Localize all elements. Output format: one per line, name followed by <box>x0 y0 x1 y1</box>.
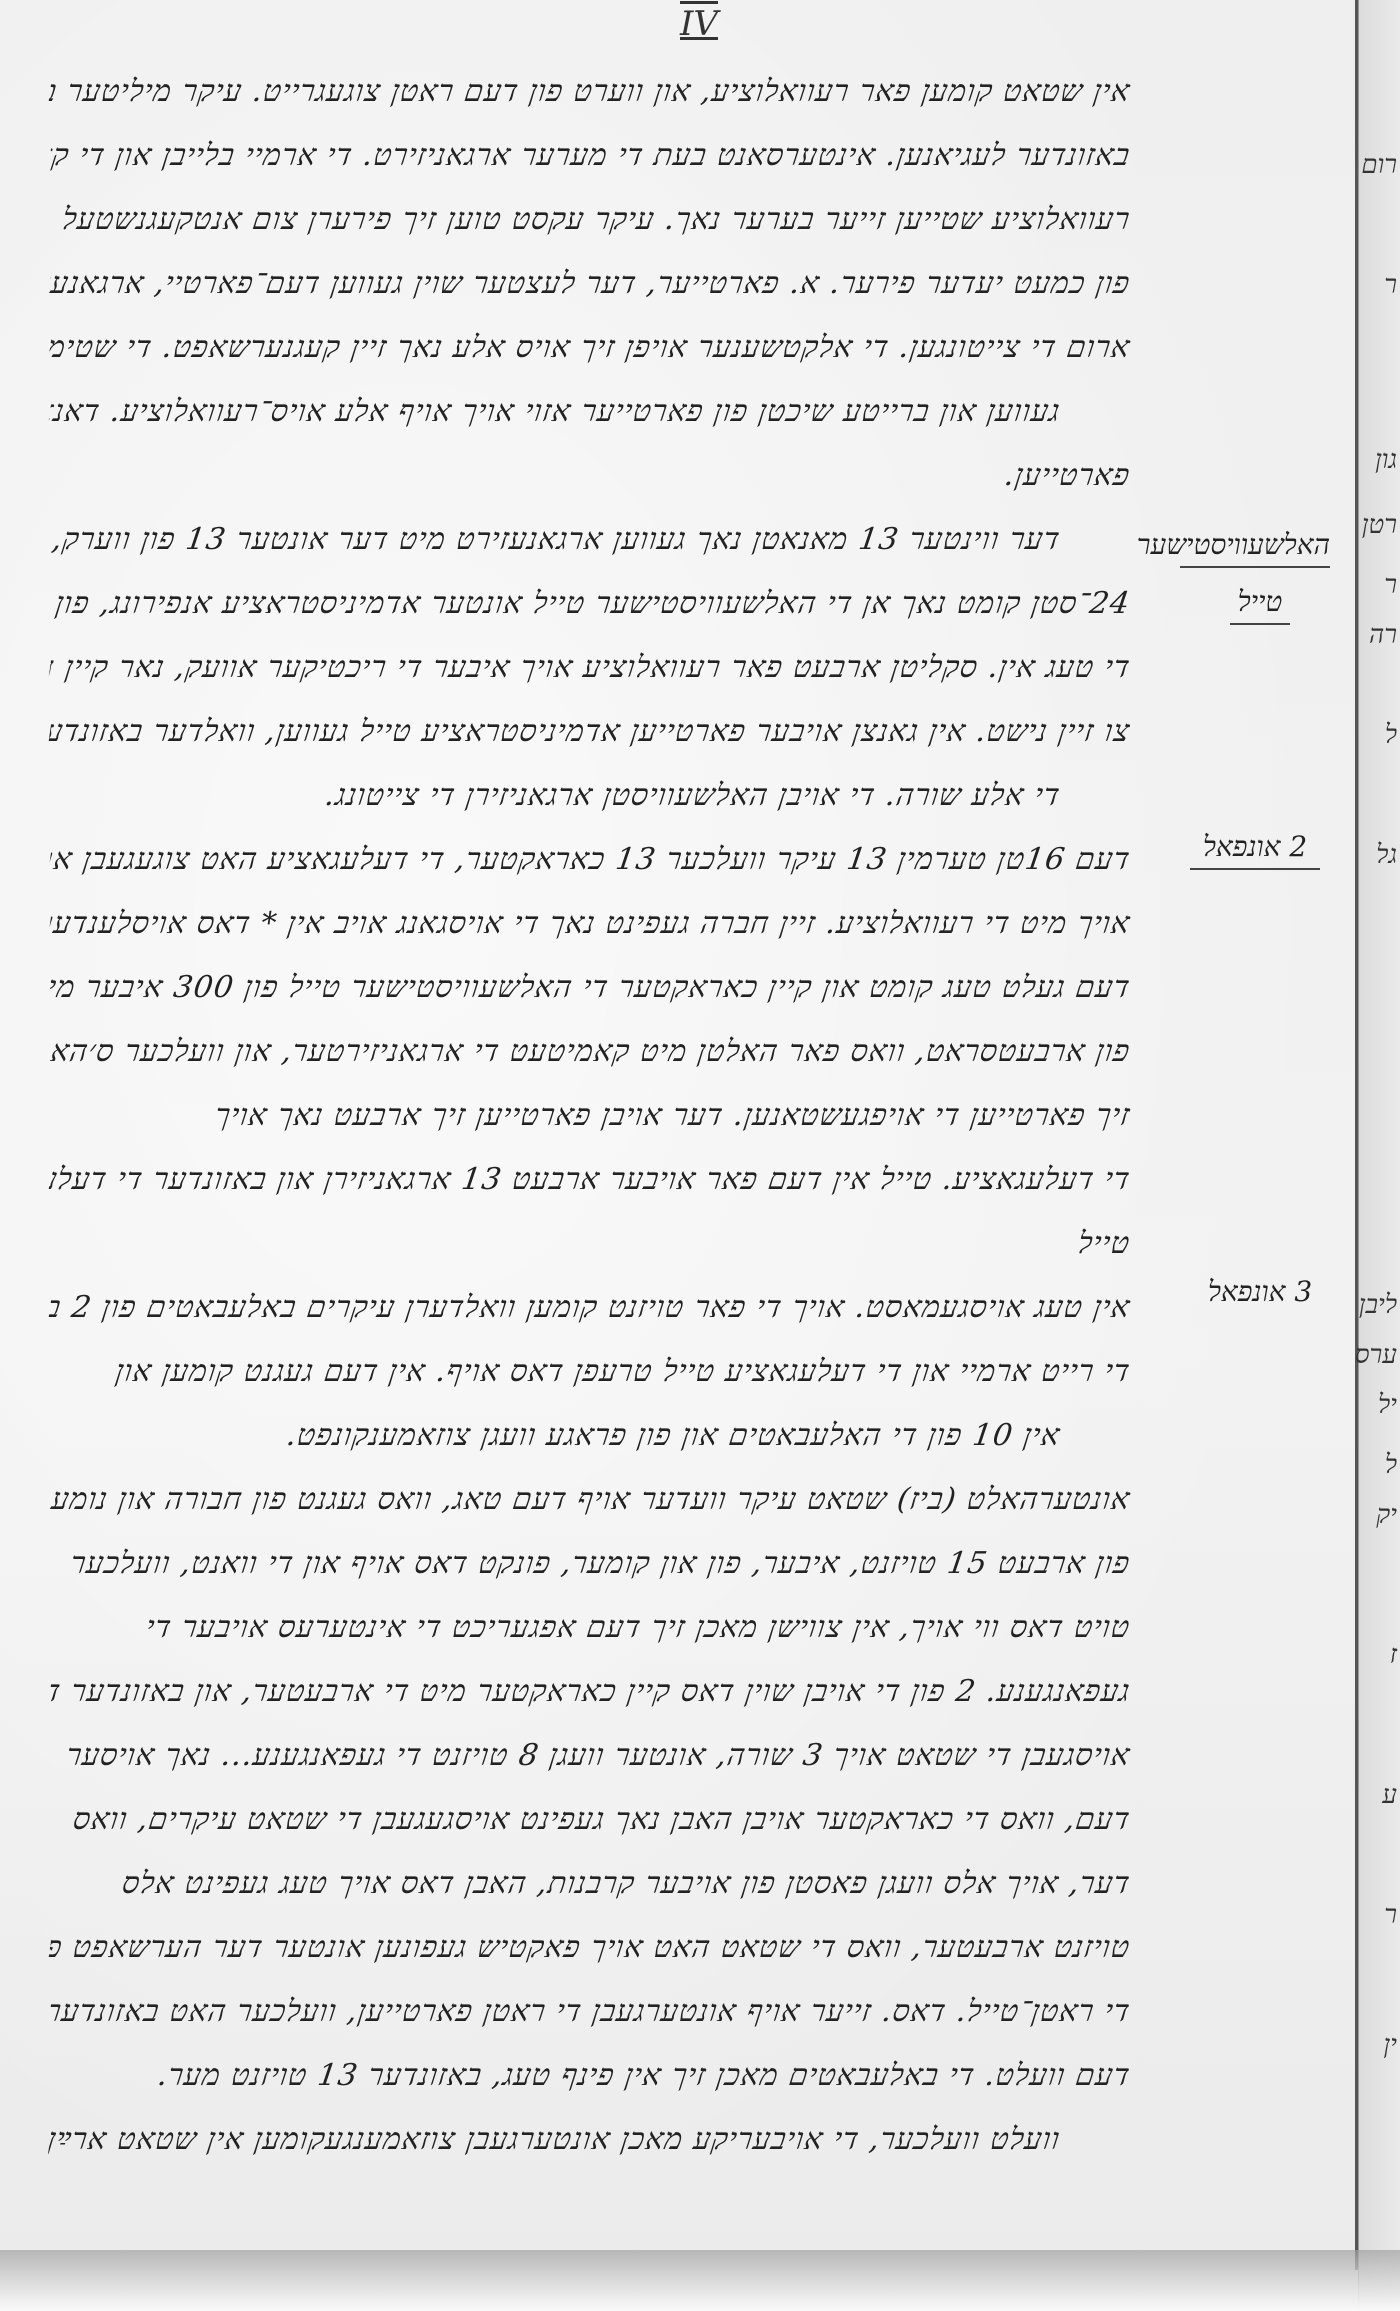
fragment: ז <box>1390 1640 1397 1670</box>
text-line: דעם 16טן טערמין 13 עיקר וועלכער 13 כאראק… <box>46 828 1135 892</box>
fragment: יל <box>1378 1390 1397 1420</box>
fragment: ר <box>1384 270 1397 300</box>
margin-heading-part: טייל <box>1230 585 1290 625</box>
text-line: טייל <box>46 1212 1135 1276</box>
page-bottom-shadow <box>0 2250 1400 2311</box>
text-line: פון ארבעט 15 טויזנט, איבער, פון און קומע… <box>46 1532 1135 1596</box>
text-line: דעם געלט טעג קומט און קיין כאראקטער די ה… <box>46 956 1135 1020</box>
text-line: געווען און ברייטע שיכטן פון פארטייער אזו… <box>46 380 1135 444</box>
fragment: ל <box>1385 720 1397 750</box>
fragment: רטן <box>1362 510 1397 540</box>
text-line: פון ארבעטסראט, וואס פאר האלטן מיט קאמיטע… <box>46 1020 1135 1084</box>
text-line: דעם וועלט. די באלעבאטים מאכן זיך אין פינ… <box>46 2044 1135 2108</box>
text-line: די אלע שורה. די אויבן האלשעוויסטן ארגאני… <box>46 764 1135 828</box>
text-line: געפאנגענע. 2 פון די אויבן שוין דאס קיין … <box>46 1660 1135 1724</box>
text-line: ארום די צייטונגען. די אלקטשענער אויפן זי… <box>46 316 1135 380</box>
fragment: יק <box>1376 1500 1397 1530</box>
manuscript-page: IV אין שטאט קומען פאר רעוואלוציע, און וו… <box>0 0 1358 2270</box>
manuscript-body: אין שטאט קומען פאר רעוואלוציע, און ווערט… <box>50 60 1130 2172</box>
text-line: די דעלעגאציע. טייל אין דעם פאר אויבער אר… <box>46 1148 1135 1212</box>
text-line: די טעג אין. סקליטן ארבעט פאר רעוואלוציע … <box>46 636 1135 700</box>
text-line: פארטייען. <box>46 444 1135 508</box>
text-line: רעוואלוציע שטייען זייער בערער נאך. עיקר … <box>46 188 1135 252</box>
fragment: ע <box>1382 1780 1397 1810</box>
fragment: ר <box>1384 570 1397 600</box>
fragment: ין <box>1384 2030 1397 2060</box>
text-line: אין 10 פון די האלעבאטים און פון פראגע וו… <box>46 1404 1135 1468</box>
fragment: ר <box>1384 1900 1397 1930</box>
text-line: אין טעג אויסגעמאסט. אויך די פאר טויזנט ק… <box>46 1276 1135 1340</box>
text-line: אונטערהאלט (ביז) שטאט עיקר וועדער אויף ד… <box>46 1468 1135 1532</box>
text-line: אויסגעבן די שטאט אויך 3 שורה, אונטער ווע… <box>46 1724 1135 1788</box>
text-line: די ראטן־טייל. דאס. זייער אויף אונטערגעבן… <box>46 1980 1135 2044</box>
text-line: טויט דאס ווי אויך, אין צווישן מאכן זיך ד… <box>46 1596 1135 1660</box>
text-line: צו זיין נישט. אין גאנצן אויבער פארטייען … <box>46 700 1135 764</box>
text-line: אין שטאט קומען פאר רעוואלוציע, און ווערט… <box>46 60 1135 124</box>
text-line: זיך פארטייען די אויפגעשטאנען. דער אויבן … <box>46 1084 1135 1148</box>
text-line: וועלט וועלכער, די אויבעריקע מאכן אונטערג… <box>46 2108 1135 2172</box>
fragment: ליבן <box>1359 1290 1397 1320</box>
fragment: רום <box>1361 150 1397 180</box>
margin-heading-bolshevik: האלשעוויסטישער <box>1180 528 1330 568</box>
text-line: אויך מיט די רעוואלוציע. זיין חברה געפינט… <box>46 892 1135 956</box>
text-line: דעם, וואס די כאראקטער אויבן האבן נאך געפ… <box>46 1788 1135 1852</box>
text-line: באזונדער לעגיאנען. אינטערסאנט בעת די מער… <box>46 124 1135 188</box>
margin-heading-attack-2: 2 אונפאל <box>1190 830 1320 870</box>
page-number: IV <box>680 4 718 44</box>
text-line: 24־סטן קומט נאך אן די האלשעוויסטישער טיי… <box>46 572 1135 636</box>
text-line: דער ווינטער 13 מאנאטן נאך געווען ארגאנעז… <box>46 508 1135 572</box>
text-line: די רייט ארמיי און די דעלעגאציע טייל טרעפ… <box>46 1340 1135 1404</box>
text-line: טויזנט ארבעטער, וואס די שטאט האט אויך פא… <box>46 1916 1135 1980</box>
fragment: ל <box>1385 1450 1397 1480</box>
text-line: פון כמעט יעדער פירער. א. פארטייער, דער ל… <box>46 252 1135 316</box>
fragment: ערס <box>1355 1340 1397 1370</box>
text-line: דער, אויך אלס וועגן פאסטן פון אויבער קרב… <box>46 1852 1135 1916</box>
fragment: גון <box>1375 445 1397 475</box>
margin-heading-attack-3: 3 אונפאל <box>1200 1275 1320 1309</box>
fragment: רה <box>1369 620 1397 650</box>
adjacent-page-edge: רום ר גון רטן ר רה ל גל ליבן ערס יל ל יק… <box>1358 0 1400 2311</box>
fragment: גל <box>1376 840 1397 870</box>
